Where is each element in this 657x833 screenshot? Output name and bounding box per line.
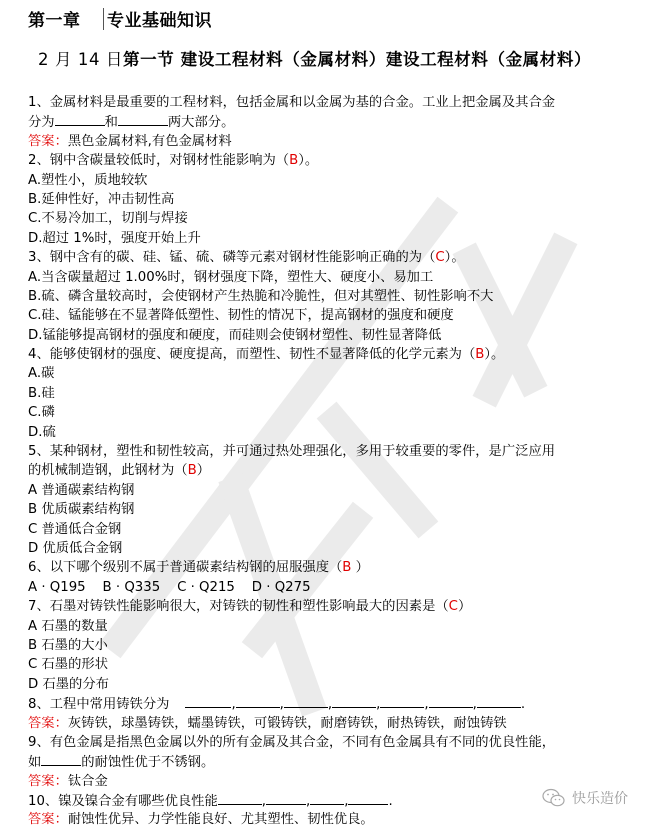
wechat-brand-logo: 快乐造价 <box>542 788 628 808</box>
question-4-stem: 4、能够使钢材的强度、硬度提高，而塑性、韧性不显著降低的化学元素为（B）。 <box>28 345 648 364</box>
option: B 优质碳素结构钢 <box>28 500 648 519</box>
section-title: 第一节 建设工程材料（金属材料）建设工程材料（金属材料） <box>123 50 591 69</box>
question-8-stem: 8、工程中常用铸铁分为,,,,,,. <box>28 694 648 713</box>
option: D 优质低合金钢 <box>28 539 648 558</box>
answer-key: C <box>435 250 444 265</box>
question-8-answer: 答案：灰铸铁，球墨铸铁，蠕墨铸铁，可锻铸铁，耐磨铸铁，耐热铸铁，耐蚀铸铁 <box>28 714 648 733</box>
fill-blank <box>284 694 328 708</box>
option: D.超过 1%时，强度开始上升 <box>28 229 648 248</box>
fill-blank <box>55 112 105 126</box>
option: B.硅 <box>28 384 648 403</box>
option: D.硫 <box>28 423 648 442</box>
option: C 普通低合金钢 <box>28 520 648 539</box>
option: A.塑性小，质地较软 <box>28 171 648 190</box>
option: C.不易冷加工，切削与焊接 <box>28 209 648 228</box>
logo-text: 快乐造价 <box>572 788 628 808</box>
fill-blank <box>380 694 424 708</box>
option: A.碳 <box>28 364 648 383</box>
option: A 普通碳素结构钢 <box>28 481 648 500</box>
question-1-answer: 答案：黑色金属材料,有色金属材料 <box>28 132 648 151</box>
question-list: 1、金属材料是最重要的工程材料，包括金属和以金属为基的合金。工业上把金属及其合金… <box>28 93 648 830</box>
fill-blank <box>332 694 376 708</box>
wechat-icon <box>542 788 566 808</box>
fill-blank <box>41 752 81 766</box>
question-5-stem: 的机械制造钢，此钢材为（B） <box>28 461 648 480</box>
answer-label: 答案： <box>28 134 68 149</box>
fill-blank <box>266 791 306 805</box>
question-9-fill: 如的耐蚀性优于不锈钢。 <box>28 752 648 771</box>
fill-blank <box>218 791 262 805</box>
document-page: 第一章专业基础知识 2 月 14 日第一节 建设工程材料（金属材料）建设工程材料… <box>0 0 657 833</box>
option: C.磷 <box>28 403 648 422</box>
option: A.当含碳量超过 1.00%时，钢材强度下降，塑性大、硬度小、易加工 <box>28 268 648 287</box>
option: D 石墨的分布 <box>28 675 648 694</box>
option: A 石墨的数量 <box>28 617 648 636</box>
question-10-answer: 答案：耐蚀性优异、力学性能良好、尤其塑性、韧性优良。 <box>28 810 648 829</box>
section-heading: 2 月 14 日第一节 建设工程材料（金属材料）建设工程材料（金属材料） <box>38 46 591 70</box>
answer-key: B <box>188 463 197 478</box>
fill-blank <box>310 791 344 805</box>
answer-key: B <box>342 560 355 575</box>
fill-blank <box>429 694 473 708</box>
options-inline: A · Q195 B · Q335 C · Q215 D · Q275 <box>28 578 648 597</box>
answer-key: B <box>289 153 298 168</box>
question-5-stem-line1: 5、某种钢材，塑性和韧性较高，并可通过热处理强化，多用于较重要的零件，是广泛应用 <box>28 442 648 461</box>
fill-blank <box>348 791 388 805</box>
answer-label: 答案： <box>28 774 68 789</box>
fill-blank <box>236 694 280 708</box>
fill-blank <box>185 694 231 708</box>
question-9-stem: 9、有色金属是指黑色金属以外的所有金属及其合金，不同有色金属具有不同的优良性能， <box>28 733 648 752</box>
answer-key: C <box>449 599 458 614</box>
chapter-title: 专业基础知识 <box>107 11 212 31</box>
option: D.锰能够提高钢材的强度和硬度，而硅则会使钢材塑性、韧性显著降低 <box>28 326 648 345</box>
fill-blank <box>118 112 168 126</box>
chapter-heading: 第一章专业基础知识 <box>28 6 212 31</box>
answer-label: 答案： <box>28 812 68 827</box>
question-7-stem: 7、石墨对铸铁性能影响很大，对铸铁的韧性和塑性影响最大的因素是（C） <box>28 597 648 616</box>
option: B.硫、磷含量较高时，会使钢材产生热脆和冷脆性，但对其塑性、韧性影响不大 <box>28 287 648 306</box>
question-6-stem: 6、以下哪个级别不属于普通碳素结构钢的屈服强度（B ） <box>28 558 648 577</box>
option: B.延伸性好，冲击韧性高 <box>28 190 648 209</box>
question-1-fill: 分为和两大部分。 <box>28 112 648 131</box>
chapter-number: 第一章 <box>28 6 103 31</box>
question-1-stem: 1、金属材料是最重要的工程材料，包括金属和以金属为基的合金。工业上把金属及其合金 <box>28 93 648 112</box>
question-2-stem: 2、钢中含碳量较低时，对钢材性能影响为（B）。 <box>28 151 648 170</box>
text-cursor <box>103 8 104 30</box>
question-3-stem: 3、钢中含有的碳、硅、锰、硫、磷等元素对钢材性能影响正确的为（C）。 <box>28 248 648 267</box>
section-date: 2 月 14 日 <box>38 50 123 69</box>
fill-blank <box>477 694 521 708</box>
option: C.硅、锰能够在不显著降低塑性、韧性的情况下，提高钢材的强度和硬度 <box>28 306 648 325</box>
option: C 石墨的形状 <box>28 655 648 674</box>
answer-label: 答案： <box>28 716 68 731</box>
option: B 石墨的大小 <box>28 636 648 655</box>
